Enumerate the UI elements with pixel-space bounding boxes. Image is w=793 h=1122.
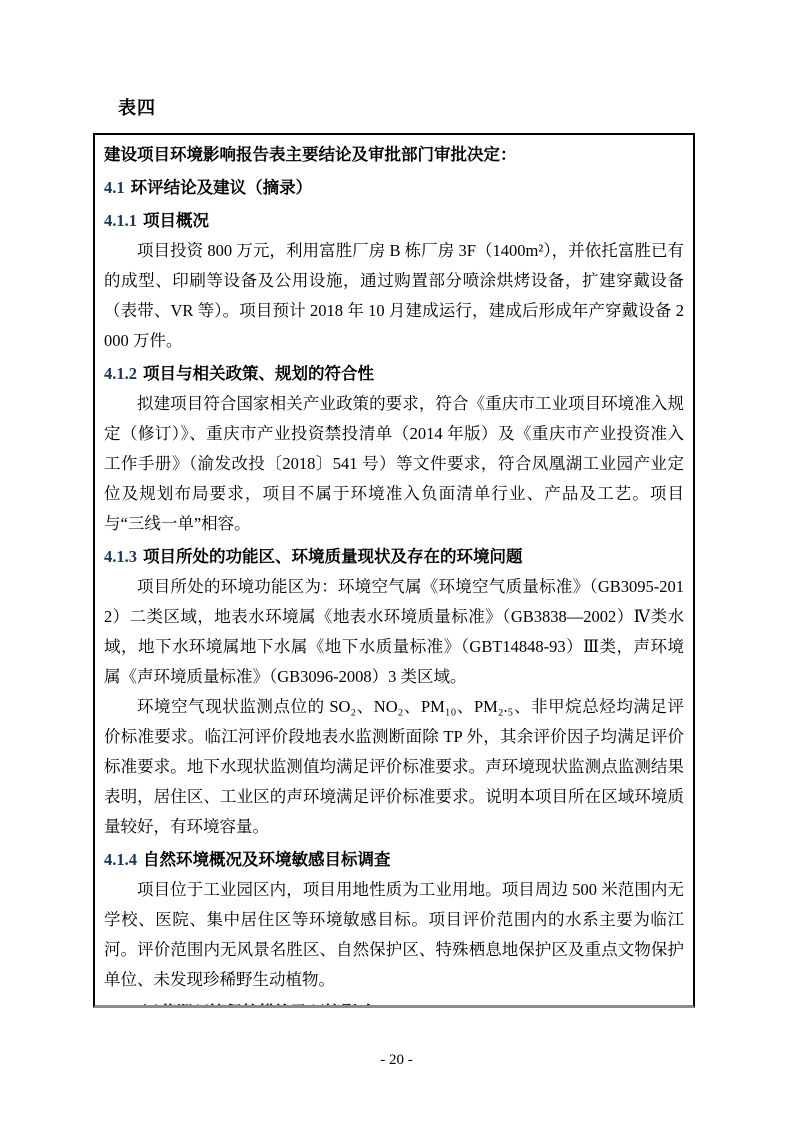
section-4-1-1-paragraph-1: 项目投资 800 万元，利用富胜厂房 B 栋厂房 3F（1400m²），并依托富… (104, 236, 684, 356)
section-4-1-4-heading: 4.1.4自然环境概况及环境敏感目标调查 (104, 845, 684, 875)
section-4-1-5-title: 运营期环境保护措施及环境影响 (143, 1003, 374, 1008)
section-4-1-2-heading: 4.1.2项目与相关政策、规划的符合性 (104, 359, 684, 389)
section-4-1-3-title: 项目所处的功能区、环境质量现状及存在的环境问题 (143, 547, 523, 566)
section-4-1-1-heading: 4.1.1项目概况 (104, 206, 684, 236)
section-4-1-2-paragraph-1: 拟建项目符合国家相关产业政策的要求，符合《重庆市工业项目环境准入规定（修订）》、… (104, 389, 684, 539)
section-4-1-2-number: 4.1.2 (104, 364, 137, 383)
section-4-1-1-number: 4.1.1 (104, 211, 137, 230)
section-4-1-5-number: 4.1.5 (104, 1003, 137, 1008)
section-4-1-3-heading: 4.1.3项目所处的功能区、环境质量现状及存在的环境问题 (104, 542, 684, 572)
section-4-1-3-number: 4.1.3 (104, 547, 137, 566)
report-table-cell: 建设项目环境影响报告表主要结论及审批部门审批决定： 4.1环评结论及建议（摘录）… (93, 133, 695, 1008)
section-4-1-heading: 4.1环评结论及建议（摘录） (104, 173, 684, 203)
section-4-1-1-title: 项目概况 (143, 211, 209, 230)
section-4-1-4-number: 4.1.4 (104, 850, 137, 869)
section-4-1-4-title: 自然环境概况及环境敏感目标调查 (143, 850, 391, 869)
document-page: 表四 建设项目环境影响报告表主要结论及审批部门审批决定： 4.1环评结论及建议（… (0, 0, 793, 1122)
report-main-title: 建设项目环境影响报告表主要结论及审批部门审批决定： (104, 140, 684, 170)
page-number: - 20 - (0, 1050, 793, 1070)
section-4-1-3-paragraph-2: 环境空气现状监测点位的 SO₂、NO₂、PM₁₀、PM₂.₅、非甲烷总烃均满足评… (104, 692, 684, 842)
section-4-1-title: 环评结论及建议（摘录） (131, 178, 313, 197)
section-4-1-number: 4.1 (104, 178, 125, 197)
section-4-1-4-paragraph-1: 项目位于工业园区内，项目用地性质为工业用地。项目周边 500 米范围内无学校、医… (104, 875, 684, 995)
section-4-1-2-title: 项目与相关政策、规划的符合性 (143, 364, 374, 383)
section-4-1-5-heading: 4.1.5运营期环境保护措施及环境影响 (104, 998, 684, 1008)
table-caption: 表四 (118, 94, 156, 120)
section-4-1-3-paragraph-1: 项目所处的环境功能区为：环境空气属《环境空气质量标准》（GB3095-2012）… (104, 572, 684, 692)
